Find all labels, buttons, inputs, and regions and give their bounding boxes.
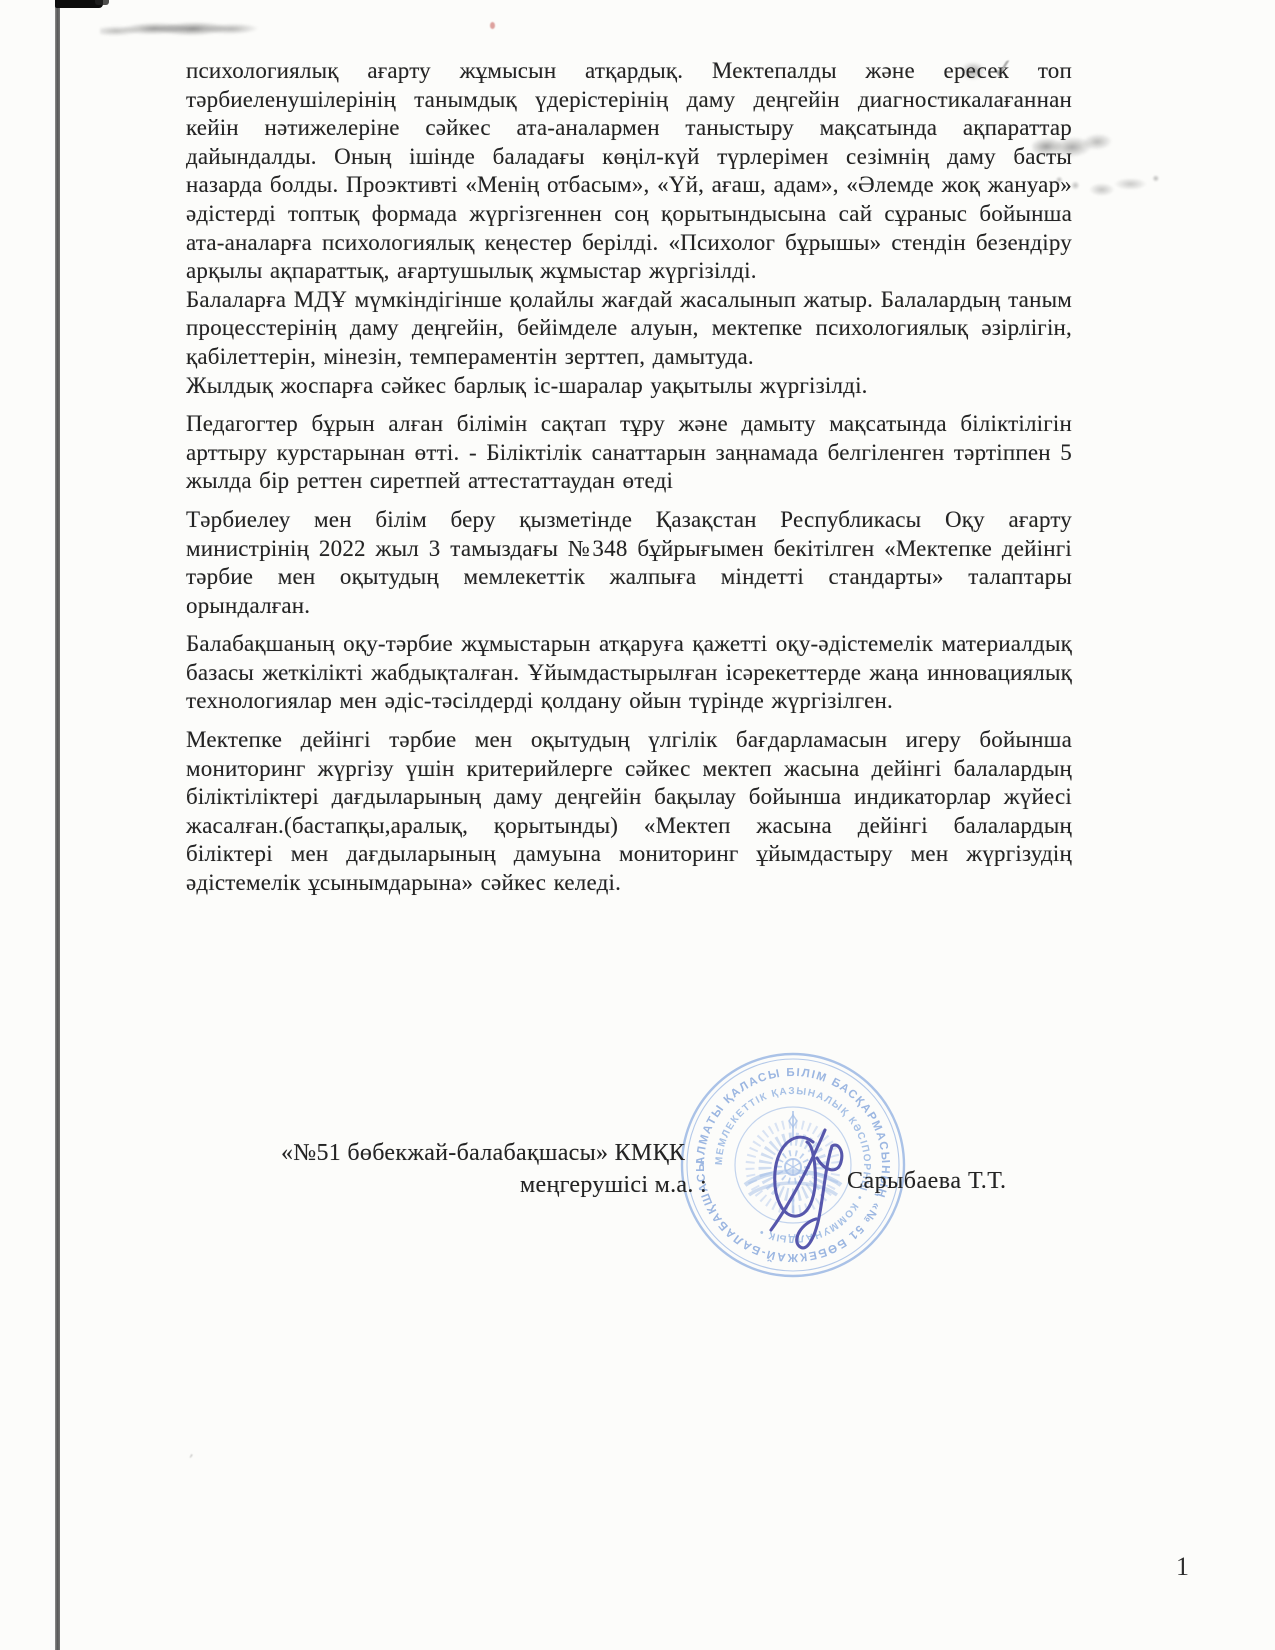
paragraph: Балаларға МДҰ мүмкіндігінше қолайлы жағд… [186, 286, 1072, 372]
page-number: 1 [1176, 1552, 1189, 1582]
document-body: психологиялық ағарту жұмысын атқардық. М… [186, 57, 1072, 898]
organization-name: «№51 бөбекжай-балабақшасы» КМҚК [281, 1140, 685, 1167]
stamp-emblem [745, 1111, 841, 1213]
handwritten-signature [745, 1122, 855, 1267]
paragraph: психологиялық ағарту жұмысын атқардық. М… [186, 57, 1072, 286]
paragraph: Жылдық жоспарға сәйкес барлық іс-шаралар… [186, 372, 1072, 401]
red-speck [490, 22, 495, 29]
signer-name: Сарыбаева Т.Т. [847, 1168, 1006, 1195]
paragraph: Тәрбиелеу мен білім беру қызметінде Қаза… [186, 506, 1072, 620]
scan-corner-mark [55, 0, 103, 8]
paragraph: Педагогтер бұрын алған білімін сақтап тұ… [186, 410, 1072, 496]
pencil-smudge [100, 20, 260, 39]
signer-role: меңгерушісі м.а. : [520, 1172, 707, 1199]
document-page: ✓ ‚ психологиялық ағарту жұмысын атқарды… [0, 0, 1275, 1650]
faint-tick-mark: ‚ [188, 1442, 197, 1461]
paragraph: Балабақшаның оқу-тәрбие жұмыстарын атқар… [186, 630, 1072, 716]
svg-text:АЛМАТЫ ҚАЛАСЫ БІЛІМ БАСҚАРМАСЫ: АЛМАТЫ ҚАЛАСЫ БІЛІМ БАСҚАРМАСЫНЫҢ «№ 51 … [673, 1045, 892, 1264]
stamp-inner-ring-text: МЕМЛЕКЕТТІК ҚАЗЫНАЛЫҚ КӘСІПОРНЫ • КОММУН… [714, 1086, 872, 1244]
paragraph: Мектепке дейінгі тәрбие мен оқытудың үлг… [186, 726, 1072, 898]
official-stamp: АЛМАТЫ ҚАЛАСЫ БІЛІМ БАСҚАРМАСЫНЫҢ «№ 51 … [673, 1045, 913, 1285]
stamp-outer-ring-text: АЛМАТЫ ҚАЛАСЫ БІЛІМ БАСҚАРМАСЫНЫҢ «№ 51 … [673, 1045, 892, 1264]
svg-text:МЕМЛЕКЕТТІК ҚАЗЫНАЛЫҚ КӘСІПОРН: МЕМЛЕКЕТТІК ҚАЗЫНАЛЫҚ КӘСІПОРНЫ • КОММУН… [714, 1086, 872, 1244]
scan-edge-line [55, 0, 60, 1650]
